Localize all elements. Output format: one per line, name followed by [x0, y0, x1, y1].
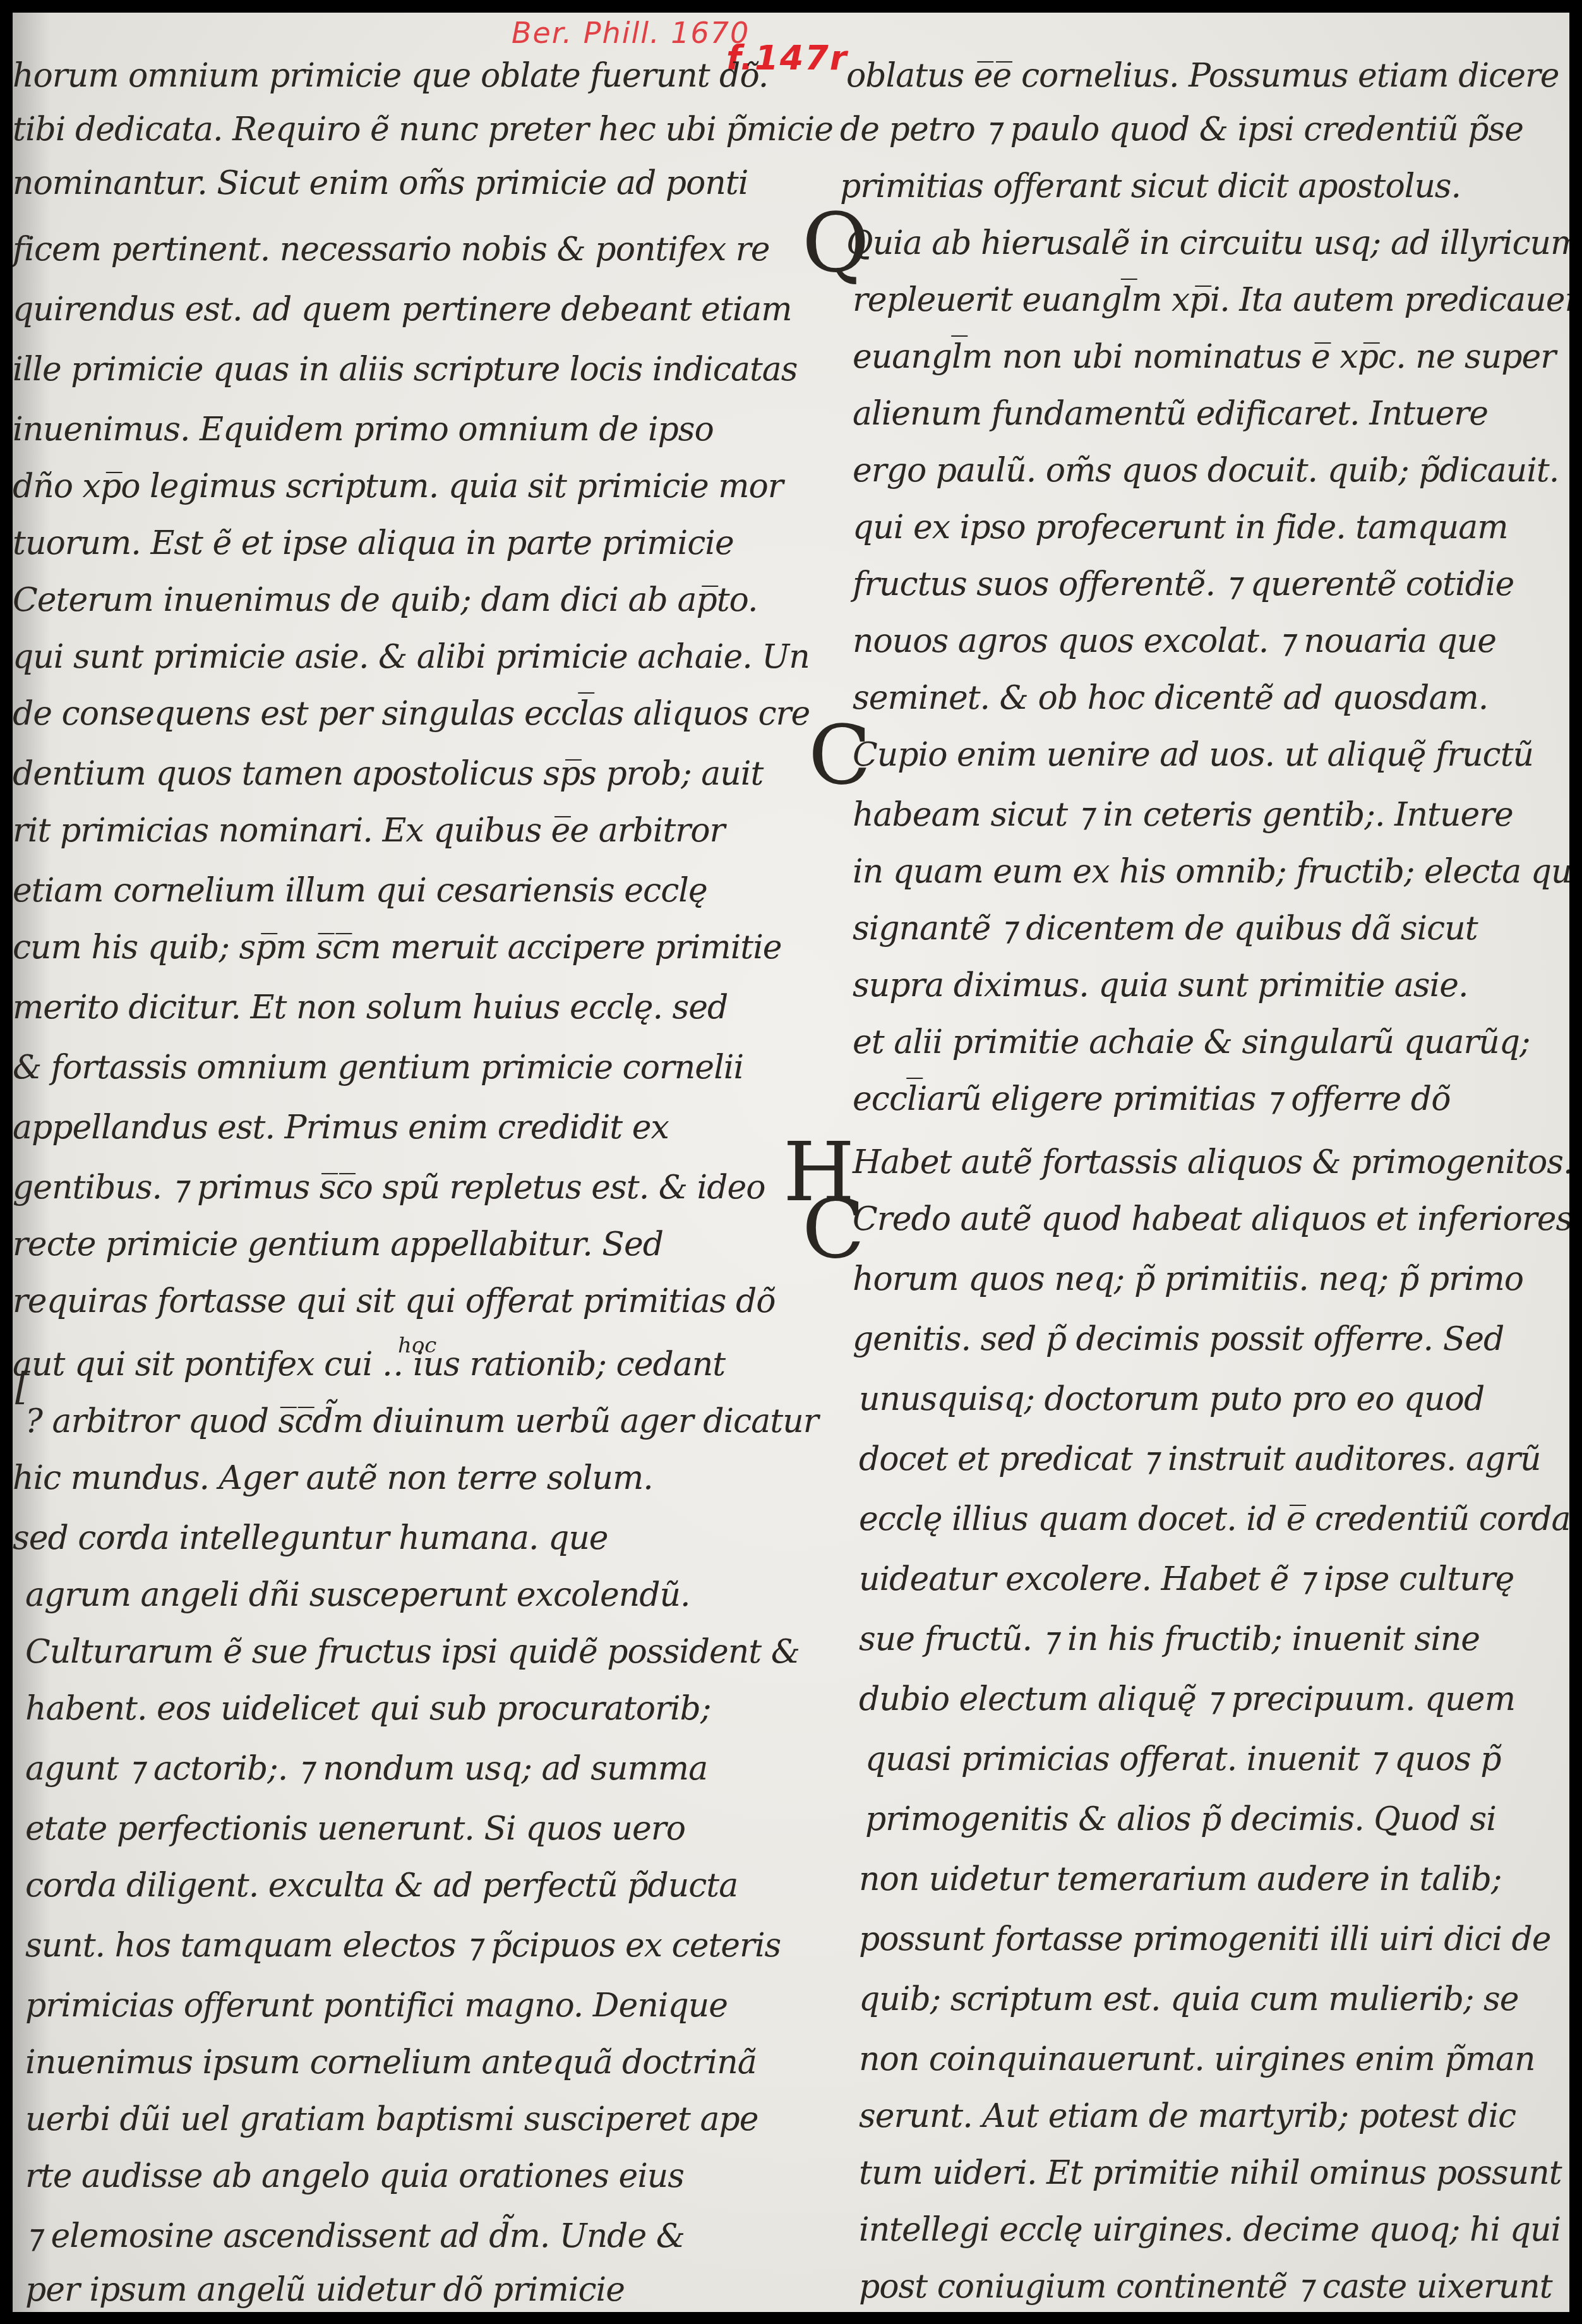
- text-line: non coinquinauerunt. uirgines enim p̃man: [859, 2040, 1535, 2078]
- text-line: serunt. Aut etiam de martyrib; potest di…: [859, 2097, 1516, 2135]
- text-line: post coniugium continentẽ ⁊ caste uixer…: [859, 2268, 1552, 2306]
- text-line: ecclę illius quam docet. id e̅ credentiu…: [859, 1500, 1569, 1538]
- text-line: ⁊ elemosine ascendissent ad d̃m. Unde &: [25, 2217, 685, 2255]
- text-line: euangl̅m non ubi nominatus e̅ xp̅c. ne s…: [853, 338, 1555, 376]
- text-line: sunt. hos tamquam electos ⁊ p̃cipuos ex …: [25, 1927, 781, 1965]
- text-line: habeam sicut ⁊ in ceteris gentib;. Intue…: [853, 796, 1513, 834]
- text-line: uideatur excolere. Habet ẽ ⁊ ipse cultur…: [859, 1560, 1514, 1598]
- text-line: docet et predicat ⁊ instruit auditores. …: [859, 1440, 1541, 1478]
- text-line: tuorum. Est ẽ et ipse aliqua in parte pr…: [13, 524, 734, 562]
- text-line: ille primicie quas in aliis scripture lo…: [13, 351, 798, 388]
- text-line: quasi primicias offerat. inuenit ⁊ quos …: [865, 1740, 1501, 1778]
- text-line: Cupio enim uenire ad uos. ut aliquę̃ fru…: [853, 736, 1533, 774]
- text-line: agunt ⁊ actorib;. ⁊ nondum usq; ad summa: [25, 1750, 707, 1788]
- text-line: & fortassis omnium gentium primicie corn…: [13, 1049, 743, 1087]
- shelfmark-annotation: Ber. Phill. 1670: [512, 16, 750, 50]
- text-line: inuenimus ipsum cornelium antequã doctr…: [25, 2044, 757, 2081]
- text-line: quib; scriptum est. quia cum mulierib; s…: [859, 1980, 1518, 2018]
- text-line: non uidetur temerarium audere in talib;: [859, 1860, 1502, 1898]
- text-line: ficem pertinent. necessario nobis & pont…: [13, 231, 770, 268]
- text-line: ? arbitror quod s̅c̅d̃m diuinum uerbũ a…: [25, 1402, 818, 1440]
- text-line: de petro ⁊ paulo quod & ipsi credentiũ …: [840, 111, 1523, 148]
- text-line: gentibus. ⁊ primus s̅c̅o spũ repletus es…: [13, 1169, 765, 1207]
- text-line: inuenimus. Equidem primo omnium de ipso: [13, 411, 714, 449]
- text-line: qui ex ipso profecerunt in fide. tamquam: [853, 509, 1508, 546]
- text-line: unusquisq; doctorum puto pro eo quod: [859, 1380, 1484, 1418]
- text-line: appellandus est. Primus enim credidit ex: [13, 1109, 669, 1147]
- text-line: in quam eum ex his omnib; fructib; elect…: [853, 853, 1569, 891]
- text-line: uerbi dũi uel gratiam baptismi suscipere…: [25, 2100, 758, 2138]
- text-line: repleuerit euangl̅m xp̅i. Ita autem pred…: [853, 281, 1569, 319]
- text-line: dño xp̅o legimus scriptum. quia sit prim…: [13, 467, 783, 505]
- text-line: etiam cornelium illum qui cesariensis ec…: [13, 872, 707, 910]
- text-line: horum quos neq; p̃ primitiis. neq; p̃ pr…: [853, 1260, 1523, 1298]
- text-line: supra diximus. quia sunt primitie asie.: [853, 966, 1468, 1004]
- text-line: seminet. & ob hoc dicentẽ ad quosdam.: [853, 679, 1488, 717]
- text-line: Culturarum ẽ sue fructus ipsi quidẽ pos…: [25, 1633, 800, 1671]
- text-line: rit primicias nominari. Ex quibus e̅e ar…: [13, 812, 724, 850]
- text-line: sed corda intelleguntur humana. que: [13, 1519, 608, 1557]
- text-line: possunt fortasse primogeniti illi uiri d…: [859, 1920, 1550, 1958]
- text-line: dentium quos tamen apostolicus sp̅s prob…: [13, 755, 763, 793]
- text-line: Credo autẽ quod habeat aliquos et infer…: [853, 1200, 1569, 1238]
- text-line: Ceterum inuenimus de quib; dam dici ab a…: [13, 581, 758, 619]
- text-line: hic mundus. Ager autẽ non terre solum.: [13, 1459, 653, 1497]
- text-line: primitias offerant sicut dicit apostolus…: [840, 167, 1461, 205]
- text-line: nominantur. Sicut enim om̃s primicie ad …: [13, 164, 748, 202]
- text-line: qui sunt primicie asie. & alibi primicie…: [13, 638, 810, 676]
- text-line: nouos agros quos excolat. ⁊ nouaria que: [853, 622, 1496, 660]
- text-line: Quia ab hierusalẽ in circuitu usq; ad i…: [846, 224, 1569, 262]
- text-line: merito dicitur. Et non solum huius ecclę…: [13, 989, 728, 1027]
- text-line: recte primicie gentium appellabitur. Sed: [13, 1225, 663, 1263]
- text-line: primicias offerunt pontifici magno. Deni…: [25, 1987, 728, 2025]
- text-line: agrum angeli dñi susceperunt excolendũ.: [25, 1576, 690, 1614]
- text-line: habent. eos uidelicet qui sub procurator…: [25, 1690, 710, 1728]
- text-line: per ipsum angelũ uidetur dõ primicie: [25, 2271, 625, 2309]
- text-line: aut qui sit pontifex cui ‥ ius rationib;…: [13, 1346, 725, 1383]
- text-line: Habet autẽ fortassis aliquos & primogen…: [853, 1143, 1569, 1181]
- text-line: primogenitis & alios p̃ decimis. Quod si: [865, 1800, 1496, 1838]
- text-line: et alii primitie achaie & singularũ qua…: [853, 1023, 1530, 1061]
- text-line: intellegi ecclę uirgines. decime quoq; h…: [859, 2211, 1561, 2249]
- text-line: cum his quib; sp̅m s̅c̅m meruit accipere…: [13, 929, 782, 966]
- text-line: tibi dedicata. Requiro ẽ nunc preter hec…: [13, 111, 833, 148]
- text-line: de consequens est per singulas eccl̅as a…: [13, 695, 810, 733]
- text-line: corda diligent. exculta & ad perfectũ p…: [25, 1867, 738, 1905]
- text-line: sue fructũ. ⁊ in his fructib; inuenit s…: [859, 1620, 1480, 1658]
- text-line: oblatus e̅e̅ cornelius. Possumus etiam d…: [846, 57, 1559, 95]
- text-line: alienum fundamentũ edificaret. Intuere: [853, 395, 1488, 433]
- text-line: tum uideri. Et primitie nihil ominus pos…: [859, 2154, 1562, 2192]
- text-line: genitis. sed p̃ decimis possit offerre. …: [853, 1320, 1504, 1358]
- text-line: fructus suos offerentẽ. ⁊ querentẽ cot…: [853, 565, 1514, 603]
- text-line: rte audisse ab angelo quia orationes eiu…: [25, 2157, 684, 2195]
- text-line: requiras fortasse qui sit qui offerat pr…: [13, 1282, 776, 1320]
- text-line: dubio electum aliquę̃ ⁊ precipuum. quem: [859, 1680, 1515, 1718]
- manuscript-page: Ber. Phill. 1670 f.147r horum omnium pri…: [13, 13, 1569, 2312]
- text-line: quirendus est. ad quem pertinere debeant…: [13, 291, 792, 328]
- text-line: etate perfectionis uenerunt. Si quos uer…: [25, 1810, 685, 1848]
- text-line: signantẽ ⁊ dicentem de quibus dã sicut: [853, 910, 1478, 948]
- text-line: horum omnium primicie que oblate fuerunt…: [13, 57, 768, 95]
- text-line: eccl̅iarũ eligere primitias ⁊ offerre d…: [853, 1080, 1450, 1118]
- text-line: ergo paulũ. om̃s quos docuit. quib; p̃d…: [853, 452, 1559, 490]
